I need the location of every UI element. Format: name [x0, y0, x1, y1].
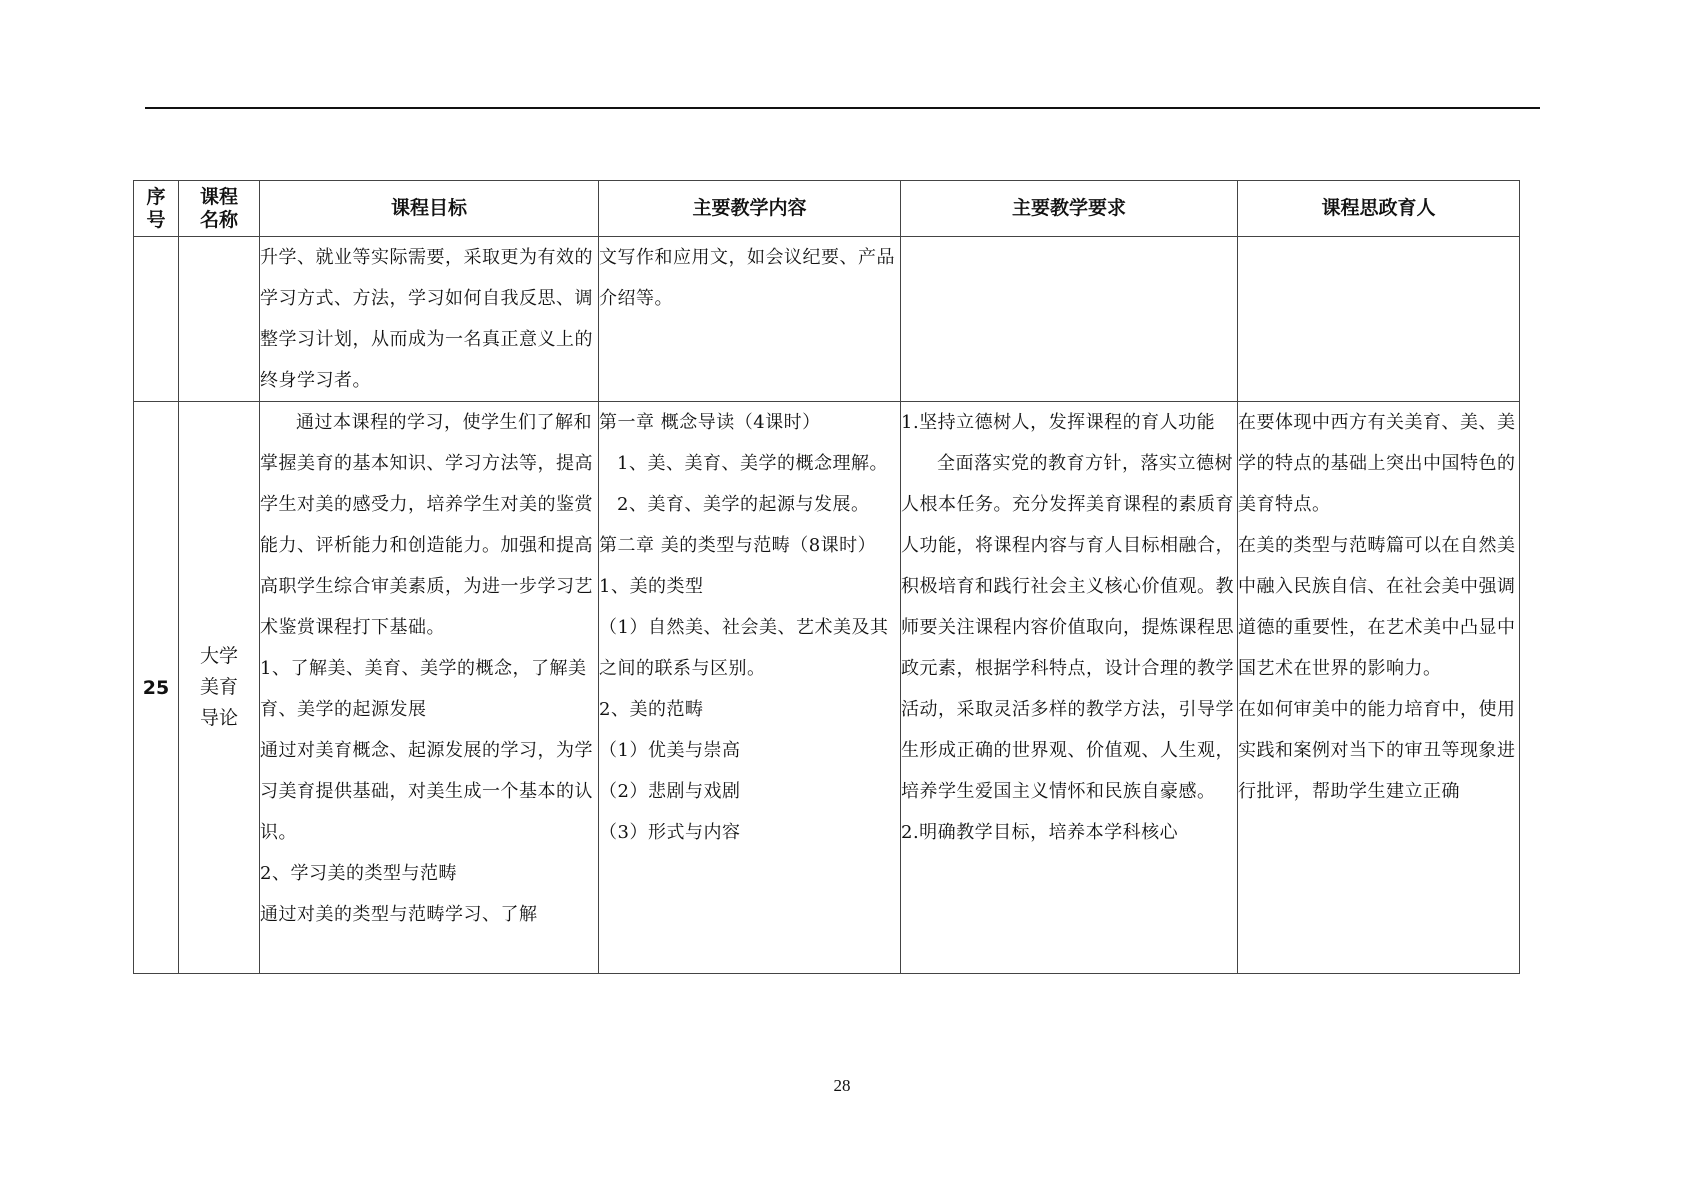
chapter-2-item-2-1: （1）优美与崇高	[599, 730, 900, 771]
chapter-2-item-2-2: （2）悲剧与戏剧	[599, 771, 900, 812]
table-row: 升学、就业等实际需要，采取更为有效的学习方式、方法，学习如何自我反思、调整学习计…	[134, 237, 1520, 402]
chapter-2-item-2: 2、美的范畴	[599, 689, 900, 730]
requirement-2-title: 2.明确教学目标，培养本学科核心	[901, 812, 1237, 853]
chapter-2-item-2-3: （3）形式与内容	[599, 812, 900, 853]
teaching-content-cell: 第一章 概念导读（4课时） 1、美、美育、美学的概念理解。 2、美育、美学的起源…	[599, 402, 901, 974]
chapter-2-title: 第二章 美的类型与范畴（8课时）	[599, 525, 900, 566]
chapter-2-item-1-1: （1）自然美、社会美、艺术美及其之间的联系与区别。	[599, 607, 900, 689]
seq-cell: 25	[134, 402, 179, 974]
chapter-2-item-1: 1、美的类型	[599, 566, 900, 607]
header-seq: 序 号	[134, 181, 179, 237]
course-goals-cell: 升学、就业等实际需要，采取更为有效的学习方式、方法，学习如何自我反思、调整学习计…	[260, 237, 599, 402]
chapter-1-item-2: 2、美育、美学的起源与发展。	[599, 484, 900, 525]
teaching-content-cell: 文写作和应用文，如会议纪要、产品介绍等。	[599, 237, 901, 402]
teaching-requirements-cell	[901, 237, 1238, 402]
chapter-1-item-1: 1、美、美育、美学的概念理解。	[599, 443, 900, 484]
header-course-goals: 课程目标	[260, 181, 599, 237]
table-row: 25 大学 美育 导论 通过本课程的学习，使学生们了解和掌握美育的基本知识、学习…	[134, 402, 1520, 974]
ideology-para-2: 在美的类型与范畴篇可以在自然美中融入民族自信、在社会美中强调道德的重要性，在艺术…	[1238, 525, 1519, 689]
goals-item-1-title: 1、了解美、美育、美学的概念，了解美育、美学的起源发展	[260, 648, 598, 730]
goals-item-1-desc: 通过对美育概念、起源发展的学习，为学习美育提供基础，对美生成一个基本的认识。	[260, 730, 598, 853]
header-teaching-requirements: 主要教学要求	[901, 181, 1238, 237]
goals-item-2-desc: 通过对美的类型与范畴学习、了解	[260, 894, 598, 935]
ideology-para-3: 在如何审美中的能力培育中，使用实践和案例对当下的审丑等现象进行批评，帮助学生建立…	[1238, 689, 1519, 812]
header-ideology-education: 课程思政育人	[1238, 181, 1520, 237]
content-text: 文写作和应用文，如会议纪要、产品介绍等。	[599, 237, 900, 319]
header-teaching-content: 主要教学内容	[599, 181, 901, 237]
chapter-1-title: 第一章 概念导读（4课时）	[599, 402, 900, 443]
header-course-name: 课程 名称	[179, 181, 260, 237]
course-table: 序 号 课程 名称 课程目标 主要教学内容 主要教学要求 课程思政育人 升学、就…	[133, 180, 1520, 974]
course-name-cell: 大学 美育 导论	[179, 402, 260, 974]
ideology-cell	[1238, 237, 1520, 402]
page-number: 28	[0, 1076, 1684, 1096]
seq-cell	[134, 237, 179, 402]
requirement-1-title: 1.坚持立德树人，发挥课程的育人功能	[901, 402, 1237, 443]
ideology-cell: 在要体现中西方有关美育、美、美学的特点的基础上突出中国特色的美育特点。 在美的类…	[1238, 402, 1520, 974]
goals-item-2-title: 2、学习美的类型与范畴	[260, 853, 598, 894]
course-name-cell	[179, 237, 260, 402]
course-goals-cell: 通过本课程的学习，使学生们了解和掌握美育的基本知识、学习方法等，提高学生对美的感…	[260, 402, 599, 974]
goals-intro: 通过本课程的学习，使学生们了解和掌握美育的基本知识、学习方法等，提高学生对美的感…	[260, 402, 598, 648]
teaching-requirements-cell: 1.坚持立德树人，发挥课程的育人功能 全面落实党的教育方针，落实立德树人根本任务…	[901, 402, 1238, 974]
ideology-para-1: 在要体现中西方有关美育、美、美学的特点的基础上突出中国特色的美育特点。	[1238, 402, 1519, 525]
requirement-1-desc: 全面落实党的教育方针，落实立德树人根本任务。充分发挥美育课程的素质育人功能，将课…	[901, 443, 1237, 812]
header-rule	[145, 107, 1540, 109]
goals-text: 升学、就业等实际需要，采取更为有效的学习方式、方法，学习如何自我反思、调整学习计…	[260, 237, 598, 401]
table-header-row: 序 号 课程 名称 课程目标 主要教学内容 主要教学要求 课程思政育人	[134, 181, 1520, 237]
